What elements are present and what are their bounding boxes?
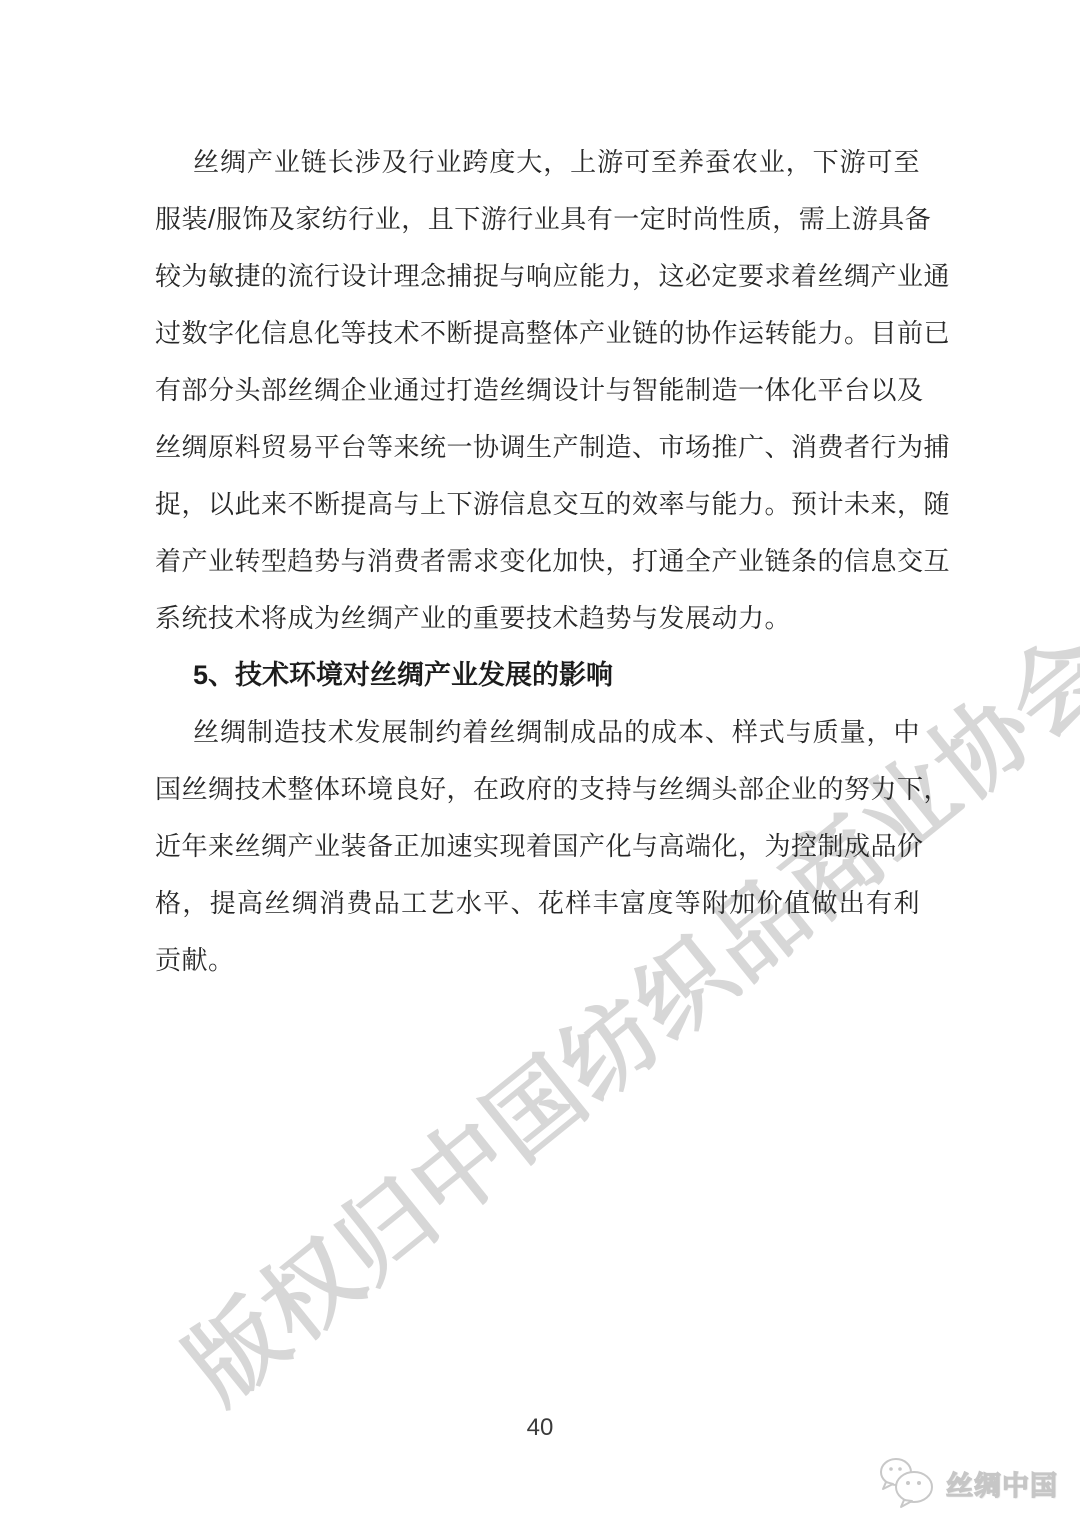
text-line: 捉，以此来不断提高与上下游信息交互的效率与能力。预计未来，随 <box>155 476 920 533</box>
document-page: 版权归中国纺织品商业协会 丝绸产业链长涉及行业跨度大，上游可至养蚕农业，下游可至… <box>0 0 1080 1528</box>
text-line: 过数字化信息化等技术不断提高整体产业链的协作运转能力。目前已 <box>155 305 920 362</box>
text-line: 丝绸原料贸易平台等来统一协调生产制造、市场推广、消费者行为捕 <box>155 419 920 476</box>
text-line: 着产业转型趋势与消费者需求变化加快，打通全产业链条的信息交互 <box>155 533 920 590</box>
brand-footer: 丝绸中国 <box>874 1454 1058 1512</box>
text-line: 系统技术将成为丝绸产业的重要技术趋势与发展动力。 <box>155 590 920 647</box>
text-line: 丝绸产业链长涉及行业跨度大，上游可至养蚕农业，下游可至 <box>155 134 920 191</box>
text-line: 有部分头部丝绸企业通过打造丝绸设计与智能制造一体化平台以及 <box>155 362 920 419</box>
wechat-icon <box>874 1454 938 1512</box>
text-line: 格，提高丝绸消费品工艺水平、花样丰富度等附加价值做出有利贡献。 <box>155 875 920 932</box>
brand-label: 丝绸中国 <box>946 1464 1058 1503</box>
text-line: 较为敏捷的流行设计理念捕捉与响应能力，这必定要求着丝绸产业通 <box>155 248 920 305</box>
page-content: 丝绸产业链长涉及行业跨度大，上游可至养蚕农业，下游可至 服装/服饰及家纺行业，且… <box>155 134 920 932</box>
paragraph-2: 丝绸制造技术发展制约着丝绸制成品的成本、样式与质量，中 国丝绸技术整体环境良好，… <box>155 704 920 932</box>
text-line: 丝绸制造技术发展制约着丝绸制成品的成本、样式与质量，中 <box>155 704 920 761</box>
paragraph-1: 丝绸产业链长涉及行业跨度大，上游可至养蚕农业，下游可至 服装/服饰及家纺行业，且… <box>155 134 920 647</box>
page-number: 40 <box>0 1414 1080 1442</box>
text-line: 服装/服饰及家纺行业，且下游行业具有一定时尚性质，需上游具备 <box>155 191 920 248</box>
text-line: 近年来丝绸产业装备正加速实现着国产化与高端化，为控制成品价 <box>155 818 920 875</box>
text-line: 国丝绸技术整体环境良好，在政府的支持与丝绸头部企业的努力下， <box>155 761 920 818</box>
section-heading: 5、技术环境对丝绸产业发展的影响 <box>155 647 920 704</box>
